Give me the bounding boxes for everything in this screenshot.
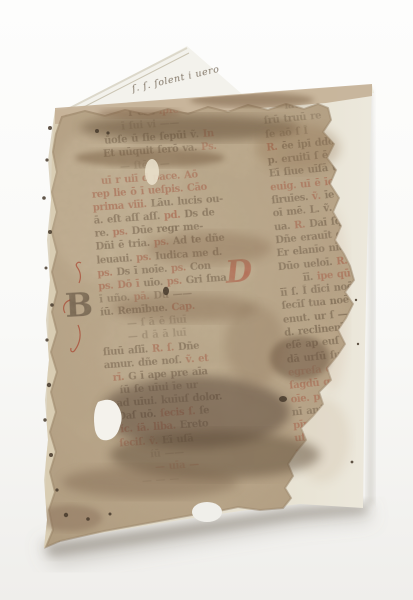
manuscript-text-line: r eſ ī ipſo bbox=[86, 97, 276, 123]
manuscript-right-column: lauī —ſrū truū reſe aō ſ ĪR. ēe ipī ddop… bbox=[262, 91, 410, 499]
photo-base-layer bbox=[0, 0, 413, 600]
manuscript-text-line: ſecīſ tua noē bbox=[281, 290, 392, 314]
worm-holes bbox=[42, 126, 359, 521]
manuscript-text-line: ūoſe ū ſie ſepūi ṽ. In bbox=[88, 123, 278, 149]
manuscript-text-line: — uīa — bbox=[111, 451, 301, 477]
manuscript-text-line: íū. Remībue. Cap. bbox=[100, 293, 290, 319]
inscription-text: ſ. ſ. ſolent i uero bbox=[131, 57, 250, 95]
manuscript-text-line: íc. íā. liba. Ereto bbox=[108, 411, 298, 437]
initial-b-flourish bbox=[64, 262, 81, 351]
parchment-grain bbox=[40, 80, 360, 540]
manuscript-text-line: ps. Dō ī uīo. ps. Gri ſma bbox=[98, 267, 288, 293]
manuscript-text-line: ua. R. Daī ſquī bbox=[273, 211, 384, 235]
manuscript-text-line: nī anū. ḡr q bbox=[291, 396, 402, 420]
manuscript-text-line: Dūo ueloī. R. Ē bbox=[277, 250, 388, 274]
manuscript-text-line: dā urſū ſueīa ē bbox=[286, 343, 397, 367]
manuscript-text-line: — — bbox=[296, 449, 407, 473]
manuscript-text-line: ps. Ds ī noīe. ps. Con bbox=[97, 254, 287, 280]
manuscript-text-line: Eī ſiue uīſā uſſa bbox=[268, 158, 379, 182]
manuscript-text-line: tīn. erīngd bbox=[298, 462, 409, 486]
manuscript-text-line: prima viīi. Lāu. lucis ou- bbox=[92, 189, 282, 215]
manuscript-text-line: egreſa oco bbox=[287, 356, 398, 380]
worn-pale-zones bbox=[48, 127, 182, 392]
inner-page-leaf-edge bbox=[74, 53, 189, 112]
manuscript-text-line: īī. ipe qū bbox=[279, 264, 390, 288]
manuscript-text-line: enut. ur ſ — bbox=[282, 303, 393, 327]
manuscript-text-line: Dñi ē tria. ps. Ad te dñe bbox=[95, 228, 285, 254]
manuscript-text-line: īī ſ. Ī dīci noō bbox=[280, 277, 391, 301]
inner-page-edge bbox=[66, 48, 187, 110]
manuscript-text-line: uſq ad paſ bbox=[294, 422, 405, 446]
manuscript-text-line: — ſ ā ē ſiuī bbox=[101, 306, 291, 332]
turn-in-strip bbox=[55, 84, 372, 124]
manuscript-text-line: íū ſe uīui īe ur bbox=[105, 372, 295, 398]
manuscript-text-line: ſiuū aſiī. R. ſ. Dñe bbox=[102, 333, 292, 359]
photo-overlay-layer bbox=[0, 0, 413, 600]
manuscript-text-line: lauī — bbox=[262, 91, 373, 115]
manuscript-text-line: eſē ap euſ uīlī bbox=[285, 330, 396, 354]
manuscript-text-line: ſiruīes. ṽ. īe — bbox=[271, 184, 382, 208]
manuscript-text-line: d. reclinenī bbox=[284, 316, 395, 340]
manuscript-text-line: ē Daſ uō. ſecis ſ. ſe bbox=[107, 398, 297, 424]
manuscript-text-line: leuaui. ps. Iudica me d. bbox=[96, 241, 286, 267]
manuscript-text-line: ſ. iſ. ū. ſī bbox=[299, 475, 410, 499]
manuscript-text-line: Dñe erauīt eñī bbox=[275, 224, 386, 248]
manuscript-text-line: oīe. p pīma d bbox=[290, 383, 401, 407]
front-cover bbox=[44, 85, 372, 548]
back-cover-highlight bbox=[246, 85, 372, 100]
manuscript-left-column: r eſ ī ipſoī ſui vi ——ūoſe ū ſie ſepūi ṽ… bbox=[86, 97, 302, 490]
inner-page bbox=[62, 46, 250, 113]
manuscript-text-line: — ſtē ſ — bbox=[90, 149, 280, 175]
manuscript-text-line: re. ps. Dūe regr me- bbox=[94, 215, 284, 241]
manuscript-text-line: ā. eſt aſſ aſſ. pd. Ds de bbox=[93, 202, 283, 228]
manuscript-text-line: R. ēe ipī ddo bbox=[266, 131, 377, 155]
manuscript-text-line: ī uño. pā. Dū —— bbox=[99, 280, 289, 306]
manuscript-text-line: ī ſui vi —— bbox=[87, 110, 277, 136]
manuscript-text-line: rī. Ḡ ī ape pre aīa bbox=[104, 359, 294, 385]
manuscript-text-line: pā. — ē ſ bbox=[295, 436, 406, 460]
floor-shadow-soft bbox=[40, 503, 372, 566]
photograph-manuscript-booklet: ſ. ſ. ſolent i uero r eſ ī ipſoī ſui vi … bbox=[0, 0, 413, 600]
manuscript-text-line: ſagdū q. ſ bbox=[289, 369, 400, 393]
manuscript-text-line: amur. dñe noſ. ṽ. et bbox=[103, 346, 293, 372]
manuscript-text-line: Er elanīo nīa h bbox=[276, 237, 387, 261]
fragment-holes bbox=[94, 159, 222, 522]
parchment-fragment bbox=[46, 104, 354, 547]
manuscript-text-line: ſe aō ſ Ī bbox=[265, 118, 376, 142]
spine-strip bbox=[44, 110, 68, 548]
manuscript-text-line: — — — bbox=[112, 464, 302, 490]
manuscript-text-line: rep lie ō ī ueſpis. Cāo bbox=[91, 175, 281, 201]
initial-letter-d: D bbox=[224, 253, 254, 291]
manuscript-text-line: ſeciſ. ṽ. Eī uſā bbox=[109, 424, 299, 450]
stain-blotches bbox=[38, 93, 340, 531]
manuscript-text-line: Et uūquit ſerō va. Ps. bbox=[89, 136, 279, 162]
manuscript-text-line: euig. uī ē īoī bbox=[270, 171, 381, 195]
manuscript-text-line: p. eruitī ſ ē bbox=[267, 144, 378, 168]
manuscript-text-line: uī r uiī d pace. Aō bbox=[91, 162, 281, 188]
manuscript-text-line: pīm. ereptīo bbox=[293, 409, 404, 433]
manuscript-text-line: ad uīui. kuīuſ dolor. bbox=[106, 385, 296, 411]
initial-letter-b: B bbox=[64, 285, 94, 325]
spine-crease bbox=[59, 114, 66, 542]
floor-shadow bbox=[44, 504, 368, 556]
manuscript-text-line: íū —— bbox=[110, 438, 300, 464]
manuscript-text-line: — d ā ā luī bbox=[102, 320, 292, 346]
manuscript-text-block: r eſ ī ipſoī ſui vi ——ūoſe ū ſie ſepūi ṽ… bbox=[0, 0, 413, 600]
manuscript-text-line: oī mē. L. ṽ. Gur bbox=[272, 197, 383, 221]
right-edge-shadow bbox=[366, 90, 375, 505]
bare-strip-stains bbox=[294, 208, 350, 482]
manuscript-text-line: ſrū truū re bbox=[263, 105, 374, 129]
back-cover-edge bbox=[246, 85, 374, 107]
